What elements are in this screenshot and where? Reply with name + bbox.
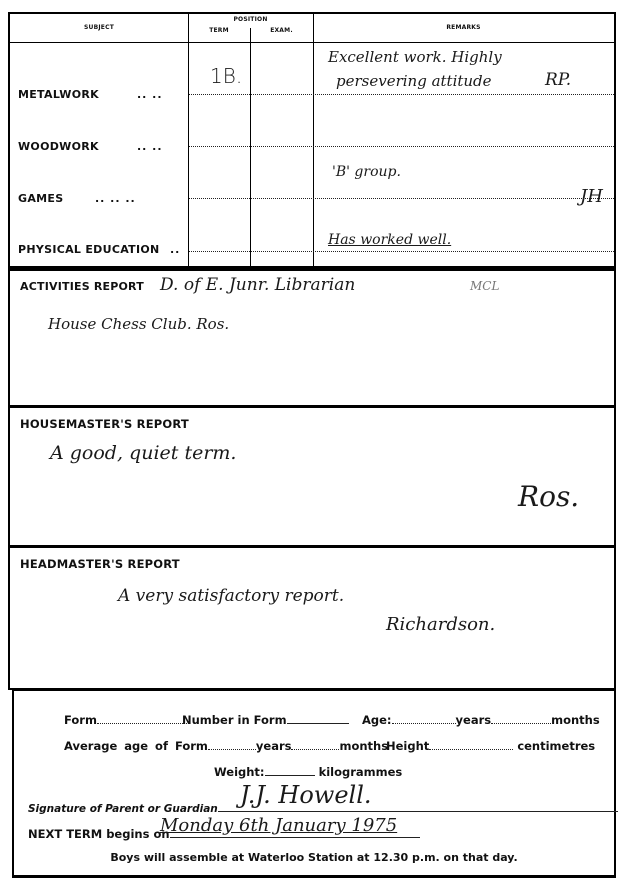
age-label: Age: [362, 713, 392, 727]
age-years-label: years [456, 713, 492, 727]
subject-name: GAMES [18, 192, 63, 205]
age-months-label: months [551, 713, 600, 727]
average-age-months-label: months [339, 739, 388, 753]
headmasters-signature: Richardson. [386, 614, 495, 635]
next-term-label: NEXT TERM begins on [28, 827, 170, 841]
header-remarks: REMARKS [313, 25, 614, 31]
next-term-date: Monday 6th January 1975 [160, 815, 397, 836]
footer-details-section: Form Number in Form Age:yearsmonths Aver… [12, 688, 616, 878]
kilogrammes-label: kilogrammes [319, 765, 403, 779]
header-subject: SUBJECT [10, 25, 188, 31]
row-line-woodwork [189, 146, 614, 147]
weight-blank [265, 766, 315, 776]
age-years-blank [392, 714, 456, 724]
term-position: 1B. [210, 64, 242, 88]
teacher-initials: JH [580, 186, 603, 207]
signature-label: Signature of Parent or Guardian [28, 803, 218, 815]
weight-label: Weight: [214, 765, 265, 779]
form-label: Form [64, 713, 97, 727]
activities-line-2: House Chess Club. Ros. [48, 315, 229, 333]
subject-name: METALWORK [18, 88, 99, 101]
header-term: TERM [188, 28, 250, 34]
activities-report-label: ACTIVITIES REPORT [20, 280, 144, 293]
teacher-initials: RP. [545, 70, 571, 90]
header-exam: EXAM. [250, 28, 313, 34]
average-age-label: Average age of Form [64, 739, 208, 753]
leader-dots: .. .. .. [95, 192, 136, 205]
activities-initials: MCL [470, 279, 499, 293]
height-blank [429, 740, 513, 750]
row-line-games [189, 198, 614, 199]
height-field: Height centimetres [386, 739, 595, 753]
centimetres-label: centimetres [517, 739, 595, 753]
header-position: POSITION [188, 17, 313, 23]
housemasters-report-label: HOUSEMASTER'S REPORT [20, 417, 189, 431]
subject-name: PHYSICAL EDUCATION [18, 243, 160, 256]
activities-line-1: D. of E. Junr. Librarian [160, 275, 355, 295]
height-label: Height [386, 739, 429, 753]
number-in-form-field: Number in Form [182, 713, 349, 727]
leader-dots: .. .. [137, 88, 163, 101]
subjects-table: SUBJECT POSITION TERM EXAM. REMARKS META… [8, 12, 616, 271]
remarks-line-1: Excellent work. Highly [328, 48, 502, 66]
form-blank [97, 714, 187, 724]
assembly-note: Boys will assemble at Waterloo Station a… [14, 851, 614, 864]
header-divider [10, 42, 614, 43]
leader-dots: .. .. [137, 140, 163, 153]
number-in-form-blank [287, 714, 349, 724]
housemasters-report-section: HOUSEMASTER'S REPORT A good, quiet term.… [8, 405, 616, 547]
headmasters-report-label: HEADMASTER'S REPORT [20, 557, 180, 571]
parent-signature: J.J. Howell. [240, 781, 372, 809]
row-line-pe [189, 251, 614, 252]
headmasters-comment: A very satisfactory report. [118, 586, 344, 606]
average-age-field: Average age of Formyearsmonths [64, 739, 388, 753]
age-field: Age:yearsmonths [362, 713, 600, 727]
remarks-line-1: 'B' group. [332, 164, 401, 180]
column-divider-subject [188, 14, 189, 268]
headmasters-report-section: HEADMASTER'S REPORT A very satisfactory … [8, 545, 616, 690]
remarks-line-2: persevering attitude [336, 72, 492, 90]
column-divider-remarks [313, 14, 314, 268]
subject-name: WOODWORK [18, 140, 99, 153]
activities-report-section: ACTIVITIES REPORT D. of E. Junr. Librari… [8, 266, 616, 407]
leader-dots: .. [170, 243, 180, 256]
number-in-form-label: Number in Form [182, 713, 287, 727]
age-months-blank [491, 714, 551, 724]
column-divider-term-exam [250, 28, 251, 268]
average-age-months-blank [291, 740, 339, 750]
housemasters-comment: A good, quiet term. [50, 442, 236, 464]
row-line-metalwork [189, 94, 614, 95]
average-age-years-blank [208, 740, 256, 750]
remarks-line-1: Has worked well. [328, 232, 451, 248]
housemasters-signature: Ros. [518, 480, 579, 513]
weight-field: Weight: kilogrammes [214, 765, 402, 779]
average-age-years-label: years [256, 739, 292, 753]
form-field: Form [64, 713, 187, 727]
